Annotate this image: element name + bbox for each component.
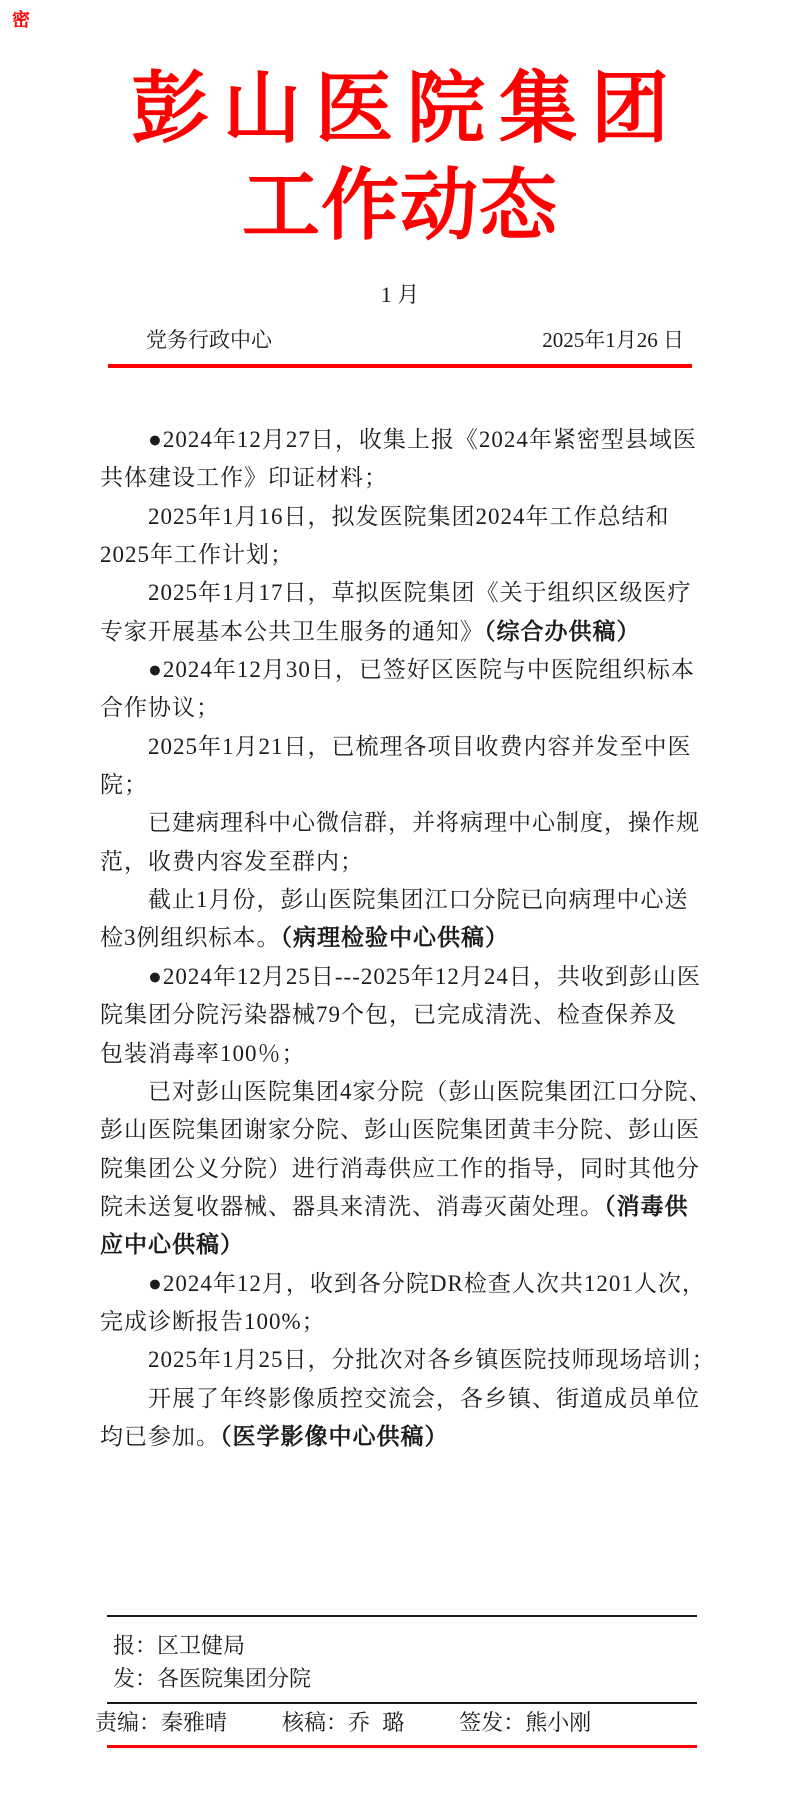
header-red-rule (108, 364, 692, 368)
body-run: 共体建设工作》印证材料； (100, 465, 388, 490)
body-line: ●2024年12月27日，收集上报《2024年紧密型县域医 (100, 421, 704, 459)
body-line: 专家开展基本公共卫生服务的通知》（综合办供稿） (100, 613, 704, 651)
footer-rule-top (107, 1615, 697, 1617)
document-footer: 报：区卫健局 发：各医院集团分院 责编：秦雅晴 核稿：乔 璐 签发：熊小刚 (100, 1615, 700, 1748)
body-line: 彭山医院集团谢家分院、彭山医院集团黄丰分院、彭山医 (100, 1111, 704, 1149)
footer-red-rule (107, 1745, 697, 1748)
body-run: 2025年1月21日，已梳理各项目收费内容并发至中医 (148, 734, 692, 759)
body-line: 应中心供稿） (100, 1226, 704, 1264)
contributor-credit: （医学影像中心供稿） (220, 1424, 449, 1449)
body-run: 已建病理科中心微信群，并将病理中心制度，操作规 (148, 810, 700, 835)
body-run: 范，收费内容发至群内； (100, 849, 364, 874)
body-run: 检3例组织标本。 (100, 925, 281, 950)
classification-mark: 密 (12, 6, 30, 32)
body-run: 已对彭山医院集团4家分院（彭山医院集团江口分院、 (148, 1079, 713, 1104)
body-run: 2025年1月16日，拟发医院集团2024年工作总结和 (148, 504, 670, 529)
issuer-credit: 签发：熊小刚 (459, 1710, 591, 1736)
credits-row: 责编：秦雅晴 核稿：乔 璐 签发：熊小刚 (95, 1710, 700, 1736)
body-line: ●2024年12月，收到各分院DR检查人次共1201人次， (100, 1265, 704, 1303)
contributor-credit: （病理检验中心供稿） (281, 925, 510, 950)
body-line: 截止1月份，彭山医院集团江口分院已向病理中心送 (100, 881, 704, 919)
body-run: 完成诊断报告100%； (100, 1309, 326, 1334)
body-run: 2025年1月25日，分批次对各乡镇医院技师现场培训； (148, 1347, 716, 1372)
body-run: 截止1月份，彭山医院集团江口分院已向病理中心送 (148, 887, 689, 912)
body-line: 院未送复收器械、器具来清洗、消毒灭菌处理。（消毒供 (100, 1188, 704, 1226)
body-line: 2025年1月21日，已梳理各项目收费内容并发至中医 (100, 728, 704, 766)
report-to-line: 报：区卫健局 (100, 1629, 700, 1662)
body-run: ●2024年12月，收到各分院DR检查人次共1201人次， (148, 1271, 706, 1296)
body-line: ●2024年12月25日---2025年12月24日，共收到彭山医 (100, 958, 704, 996)
body-run: 均已参加。 (100, 1424, 220, 1449)
title-line2: 工作动态 (0, 157, 800, 254)
body-line: 2025年1月25日，分批次对各乡镇医院技师现场培训； (100, 1341, 704, 1379)
body-line: 2025年1月16日，拟发医院集团2024年工作总结和 (100, 498, 704, 536)
body-line: 范，收费内容发至群内； (100, 843, 704, 881)
editor-credit: 责编：秦雅晴 (95, 1710, 227, 1736)
body-run: 2025年工作计划； (100, 542, 294, 567)
contributor-credit: 应中心供稿） (100, 1232, 244, 1257)
body-line: 合作协议； (100, 689, 704, 727)
issue-date: 2025年1月26 日 (542, 328, 700, 352)
body-run: ●2024年12月27日，收集上报《2024年紧密型县域医 (148, 427, 697, 452)
distribute-to-line: 发：各医院集团分院 (100, 1662, 700, 1695)
body-line: 均已参加。（医学影像中心供稿） (100, 1418, 704, 1456)
body-line: 2025年工作计划； (100, 536, 704, 574)
document-title: 彭山医院集团 工作动态 (0, 60, 800, 254)
body-line: 开展了年终影像质控交流会，各乡镇、街道成员单位 (100, 1380, 704, 1418)
body-line: 2025年1月17日，草拟医院集团《关于组织区级医疗 (100, 574, 704, 612)
body-line: 院； (100, 766, 704, 804)
body-line: 共体建设工作》印证材料； (100, 459, 704, 497)
body-run: 院； (100, 772, 148, 797)
document-page: 密 彭山医院集团 工作动态 1 月 党务行政中心 2025年1月26 日 ●20… (0, 0, 800, 1803)
body-line: 完成诊断报告100%； (100, 1303, 704, 1341)
body-run: 院集团分院污染器械79个包，已完成清洗、检查保养及 (100, 1002, 677, 1027)
body-run: 2025年1月17日，草拟医院集团《关于组织区级医疗 (148, 580, 692, 605)
body-line: 院集团公义分院）进行消毒供应工作的指导，同时其他分 (100, 1150, 704, 1188)
body-text: ●2024年12月27日，收集上报《2024年紧密型县域医共体建设工作》印证材料… (100, 421, 704, 1456)
body-line: 已建病理科中心微信群，并将病理中心制度，操作规 (100, 804, 704, 842)
body-line: 已对彭山医院集团4家分院（彭山医院集团江口分院、 (100, 1073, 704, 1111)
body-line: ●2024年12月30日，已签好区医院与中医院组织标本 (100, 651, 704, 689)
body-run: 包装消毒率100％； (100, 1041, 306, 1066)
body-run: 专家开展基本公共卫生服务的通知》 (100, 619, 484, 644)
contributor-credit: （消毒供 (604, 1194, 689, 1219)
body-line: 院集团分院污染器械79个包，已完成清洗、检查保养及 (100, 996, 704, 1034)
body-run: ●2024年12月25日---2025年12月24日，共收到彭山医 (148, 964, 701, 989)
body-run: 彭山医院集团谢家分院、彭山医院集团黄丰分院、彭山医 (100, 1117, 700, 1142)
footer-rule-middle (107, 1702, 697, 1704)
body-run: 开展了年终影像质控交流会，各乡镇、街道成员单位 (148, 1386, 700, 1411)
body-run: 合作协议； (100, 695, 220, 720)
body-run: 院集团公义分院）进行消毒供应工作的指导，同时其他分 (100, 1156, 700, 1181)
body-line: 检3例组织标本。（病理检验中心供稿） (100, 919, 704, 957)
body-run: 院未送复收器械、器具来清洗、消毒灭菌处理。 (100, 1194, 604, 1219)
title-line1: 彭山医院集团 (0, 60, 800, 157)
contributor-credit: （综合办供稿） (484, 619, 641, 644)
issue-month: 1 月 (0, 278, 800, 309)
issuing-department: 党务行政中心 (100, 328, 272, 352)
body-line: 包装消毒率100％； (100, 1035, 704, 1073)
document-header-row: 党务行政中心 2025年1月26 日 (100, 328, 700, 352)
reviewer-credit: 核稿：乔 璐 (282, 1710, 404, 1736)
body-run: ●2024年12月30日，已签好区医院与中医院组织标本 (148, 657, 695, 682)
